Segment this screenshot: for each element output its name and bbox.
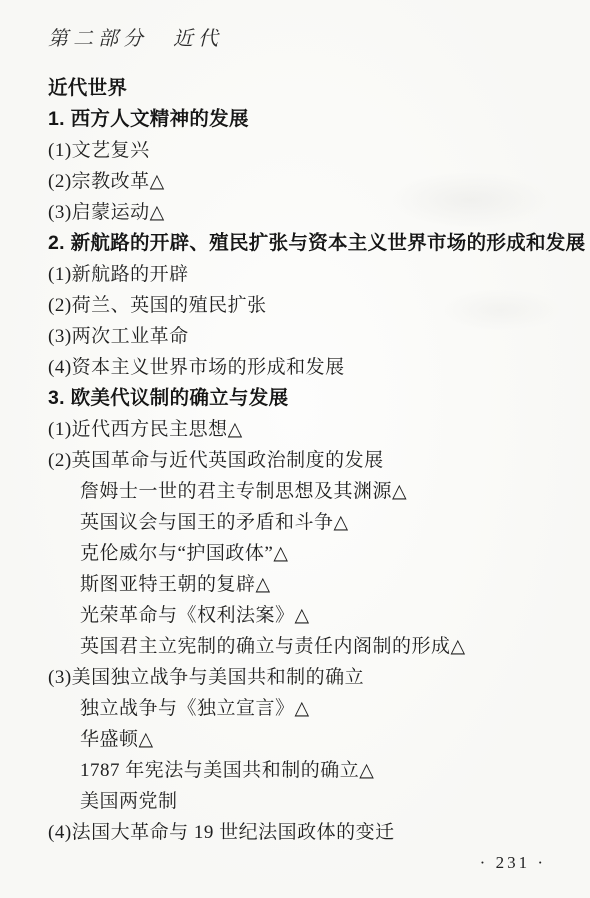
toc-heading: 1. 西方人文精神的发展 [48,104,564,135]
toc-item: (1)近代西方民主思想△ [48,414,564,445]
toc-subitem: 斯图亚特王朝的复辟△ [48,569,564,600]
toc-item: (2)英国革命与近代英国政治制度的发展 [48,445,564,476]
section-title: 近代世界 [48,73,564,104]
toc-subitem: 1787 年宪法与美国共和制的确立△ [48,755,564,786]
toc-heading: 2. 新航路的开辟、殖民扩张与资本主义世界市场的形成和发展 [48,228,564,259]
toc-subitem: 美国两党制 [48,786,564,817]
page-number: · 231 · [48,853,564,873]
document-page: 第二部分 近代 近代世界 1. 西方人文精神的发展 (1)文艺复兴 (2)宗教改… [0,0,590,898]
toc-item: (3)美国独立战争与美国共和制的确立 [48,662,564,693]
toc-subitem: 光荣革命与《权利法案》△ [48,600,564,631]
running-header: 第二部分 近代 [48,26,564,52]
toc-heading: 3. 欧美代议制的确立与发展 [48,383,564,414]
toc-item: (1)新航路的开辟 [48,259,564,290]
toc-subitem: 詹姆士一世的君主专制思想及其渊源△ [48,476,564,507]
toc-item: (2)荷兰、英国的殖民扩张 [48,290,564,321]
toc-item: (4)法国大革命与 19 世纪法国政体的变迁 [48,817,564,848]
toc-subitem: 独立战争与《独立宣言》△ [48,693,564,724]
toc-item: (3)两次工业革命 [48,321,564,352]
toc-subitem: 英国议会与国王的矛盾和斗争△ [48,507,564,538]
toc-subitem: 英国君主立宪制的确立与责任内阁制的形成△ [48,631,564,662]
toc-subitem: 克伦威尔与“护国政体”△ [48,538,564,569]
toc-item: (1)文艺复兴 [48,135,564,166]
toc-subitem: 华盛顿△ [48,724,564,755]
toc-item: (4)资本主义世界市场的形成和发展 [48,352,564,383]
toc-item: (3)启蒙运动△ [48,197,564,228]
toc-item: (2)宗教改革△ [48,166,564,197]
